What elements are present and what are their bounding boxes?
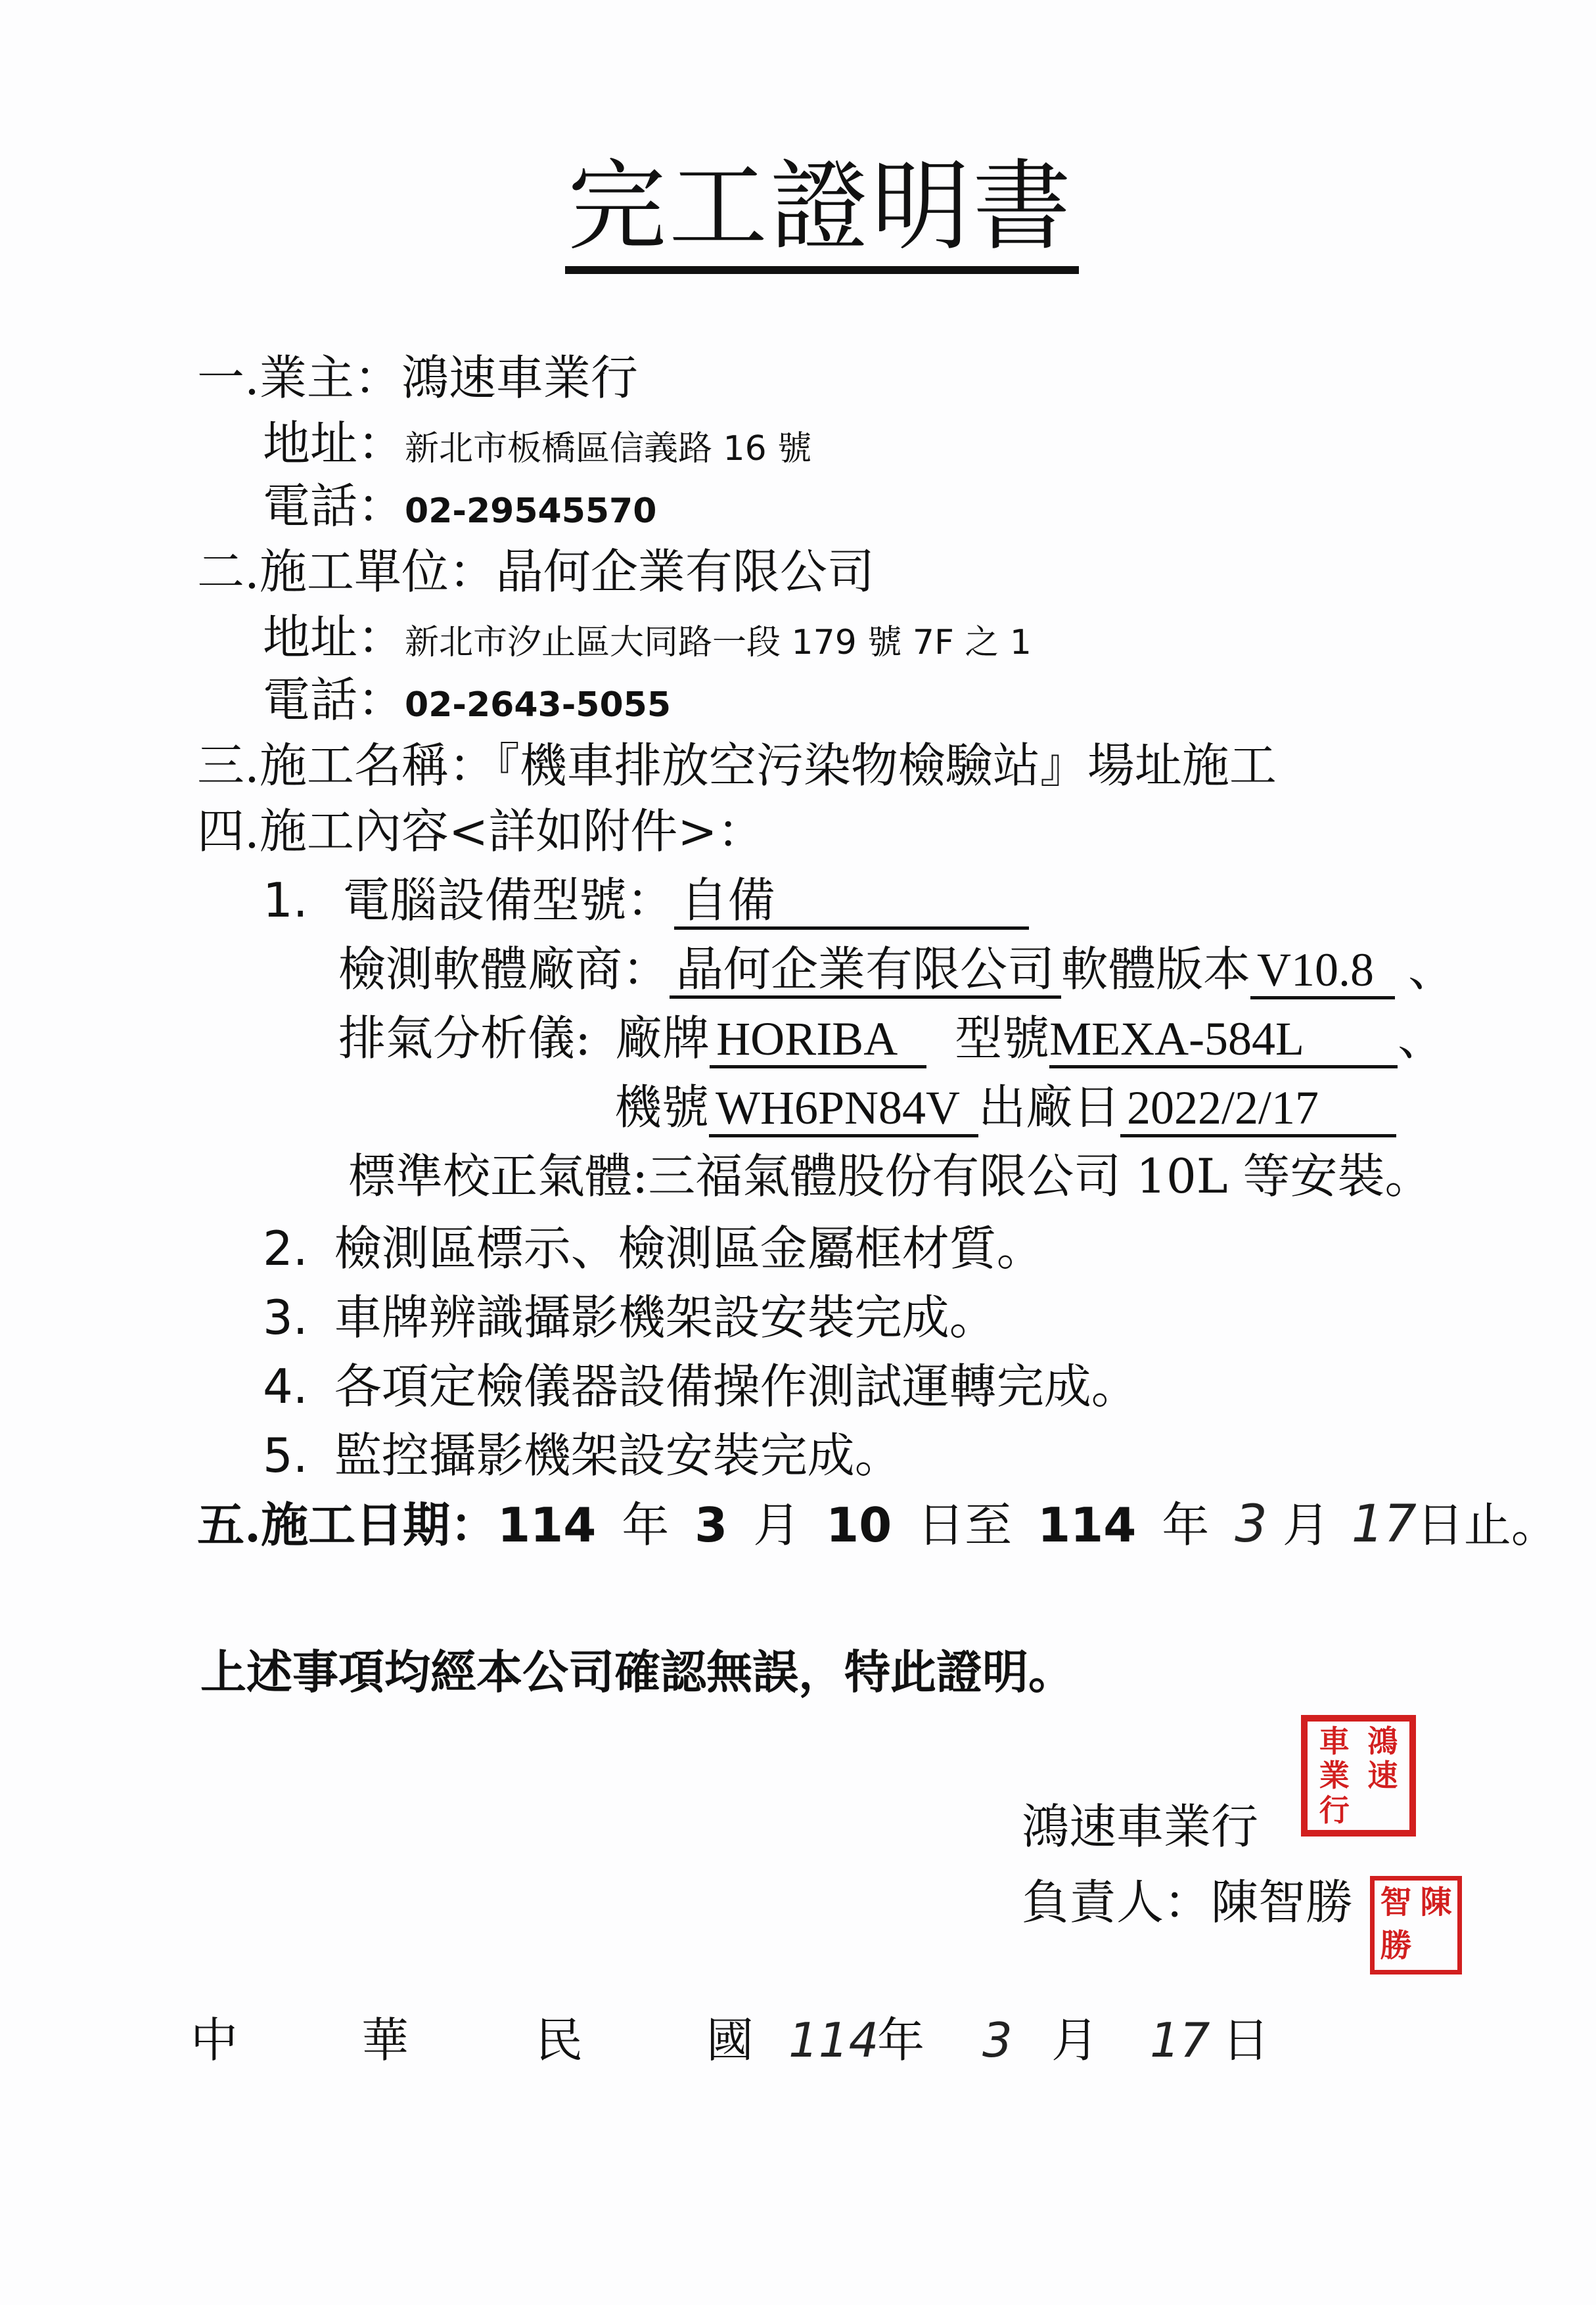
list-item: 5.監控攝影機架設安裝完成。 <box>263 1426 902 1485</box>
company-seal: 車 鴻 業 速 行 <box>1301 1715 1416 1837</box>
analyzer-label: 排氣分析儀: <box>338 1011 591 1066</box>
separator-2: 、 <box>1398 1011 1445 1066</box>
era-char: 民 <box>536 2011 583 2070</box>
end-year-unit: 年 <box>1162 1497 1209 1553</box>
seal-char: 業 <box>1310 1758 1359 1792</box>
month-unit: 月 <box>1051 2011 1099 2070</box>
content-section-label: 四.施工內容<詳如附件>： <box>197 802 765 861</box>
owner-label: 一.業主： <box>197 350 401 405</box>
end-day-handwritten: 17 <box>1352 1495 1417 1554</box>
seal-char <box>1359 1793 1407 1827</box>
calibration-gas: 標準校正氣體:三福氣體股份有限公司 10L 等安裝。 <box>348 1147 1432 1206</box>
serial-row: 機號WH6PN84V出廠日2022/2/17 <box>614 1078 1396 1137</box>
end-month-unit: 月 <box>1283 1497 1330 1553</box>
item-text: 車牌辨識攝影機架設安裝完成。 <box>334 1290 997 1345</box>
month-handwritten: 3 <box>982 2011 1013 2070</box>
document-title: 完工證明書 <box>565 148 1079 274</box>
owner-address: 新北市板橋區信義路 16 號 <box>405 429 811 468</box>
era-char: 華 <box>361 2011 409 2070</box>
start-month: 3 <box>695 1497 727 1553</box>
computer-value: 自備 <box>674 874 1029 930</box>
era-char: 中 <box>191 2011 238 2070</box>
seal-char: 行 <box>1310 1793 1359 1827</box>
project-name: 『機車排放空污染物檢驗站』場址施工 <box>496 738 1277 793</box>
software-version-value: V10.8 <box>1250 944 1395 999</box>
item-text: 監控攝影機架設安裝完成。 <box>334 1428 902 1483</box>
owner-address-row: 地址：新北市板橋區信義路 16 號 <box>263 414 811 478</box>
year-unit: 年 <box>622 1497 669 1553</box>
start-day: 10 <box>826 1497 892 1553</box>
item-1-computer-row: 1. 電腦設備型號：自備 <box>263 871 1029 930</box>
seal-char: 速 <box>1359 1758 1407 1792</box>
start-year: 114 <box>497 1497 596 1553</box>
person-seal: 智 陳 勝 <box>1370 1876 1462 1974</box>
contractor-label: 二.施工單位： <box>197 544 496 599</box>
owner-phone: 02-29545570 <box>405 491 656 531</box>
brand-value: HORIBA <box>710 1013 926 1068</box>
contractor-phone-label: 電話： <box>263 672 405 727</box>
contractor-address-label: 地址： <box>263 610 405 665</box>
owner-phone-row: 電話：02-29545570 <box>263 476 656 541</box>
computer-label: 電腦設備型號： <box>343 873 674 928</box>
end-year: 114 <box>1037 1497 1136 1553</box>
owner-section: 一.業主：鴻速車業行 <box>197 348 638 407</box>
item-number: 4. <box>263 1359 308 1414</box>
year-handwritten: 114 <box>788 2011 878 2070</box>
project-label: 三.施工名稱： <box>197 738 496 793</box>
seal-char: 智 <box>1376 1882 1416 1925</box>
serial-label: 機號 <box>614 1080 709 1135</box>
item-text: 各項定檢儀器設備操作測試運轉完成。 <box>334 1359 1139 1414</box>
item-number: 5. <box>263 1428 308 1483</box>
item-1-number: 1. <box>263 873 308 928</box>
confirmation-statement: 上述事項均經本公司確認無誤，特此證明。 <box>200 1643 1074 1702</box>
seal-char: 陳 <box>1416 1882 1456 1925</box>
signature-company: 鴻速車業行 <box>1022 1797 1258 1856</box>
contractor-address: 新北市汐止區大同路一段 179 號 7F 之 1 <box>405 623 1032 662</box>
end-month-handwritten: 3 <box>1235 1495 1267 1554</box>
day-unit-to: 日至 <box>917 1497 1012 1553</box>
month-unit: 月 <box>753 1497 800 1553</box>
person-label: 負責人： <box>1022 1875 1211 1930</box>
contractor-name: 晶何企業有限公司 <box>496 544 875 599</box>
project-section: 三.施工名稱：『機車排放空污染物檢驗站』場址施工 <box>197 736 1277 795</box>
item-number: 3. <box>263 1290 308 1345</box>
list-item: 4.各項定檢儀器設備操作測試運轉完成。 <box>263 1357 1139 1416</box>
seal-char: 鴻 <box>1359 1724 1407 1758</box>
list-item: 2.檢測區標示、檢測區金屬框材質。 <box>263 1219 1044 1278</box>
end-suffix: 日止。 <box>1417 1497 1559 1553</box>
software-vendor-label: 檢測軟體廠商： <box>338 942 670 997</box>
item-number: 2. <box>263 1221 308 1276</box>
owner-address-label: 地址： <box>263 416 405 471</box>
analyzer-row: 排氣分析儀: 廠牌HORIBA 型號MEXA-584L、 <box>338 1009 1445 1068</box>
manufacture-date-label: 出廠日 <box>978 1080 1120 1135</box>
software-vendor-value: 晶何企業有限公司 <box>670 943 1061 999</box>
item-text: 檢測區標示、檢測區金屬框材質。 <box>334 1221 1044 1276</box>
manufacture-date-value: 2022/2/17 <box>1120 1082 1396 1137</box>
separator: 、 <box>1408 942 1455 997</box>
serial-value: WH6PN84V <box>709 1082 978 1137</box>
contractor-address-row: 地址：新北市汐止區大同路一段 179 號 7F 之 1 <box>263 608 1032 672</box>
contractor-phone-row: 電話：02-2643-5055 <box>263 670 671 735</box>
brand-label: 廠牌 <box>615 1011 710 1066</box>
list-item: 3.車牌辨識攝影機架設安裝完成。 <box>263 1288 997 1347</box>
schedule-row: 五.施工日期：114 年 3 月 10 日至 114 年 3 月 17日止。 <box>197 1495 1559 1555</box>
contractor-section: 二.施工單位：晶何企業有限公司 <box>197 542 875 601</box>
software-row: 檢測軟體廠商：晶何企業有限公司軟體版本V10.8、 <box>338 940 1455 999</box>
owner-name: 鴻速車業行 <box>401 350 638 405</box>
person-name: 陳智勝 <box>1211 1875 1353 1930</box>
seal-char: 勝 <box>1376 1925 1416 1969</box>
model-label: 型號 <box>955 1011 1049 1066</box>
model-value: MEXA-584L <box>1049 1013 1398 1068</box>
day-unit: 日 <box>1222 2011 1269 2070</box>
day-handwritten: 17 <box>1150 2011 1210 2070</box>
software-version-label: 軟體版本 <box>1061 942 1250 997</box>
era-char: 國 <box>706 2011 754 2070</box>
schedule-label: 五.施工日期： <box>197 1497 497 1553</box>
contractor-phone: 02-2643-5055 <box>405 685 671 725</box>
signature-person-row: 負責人：陳智勝 <box>1022 1873 1353 1932</box>
seal-char: 車 <box>1310 1724 1359 1758</box>
owner-phone-label: 電話： <box>263 478 405 534</box>
year-unit: 年 <box>877 2011 924 2070</box>
seal-char <box>1416 1925 1456 1969</box>
